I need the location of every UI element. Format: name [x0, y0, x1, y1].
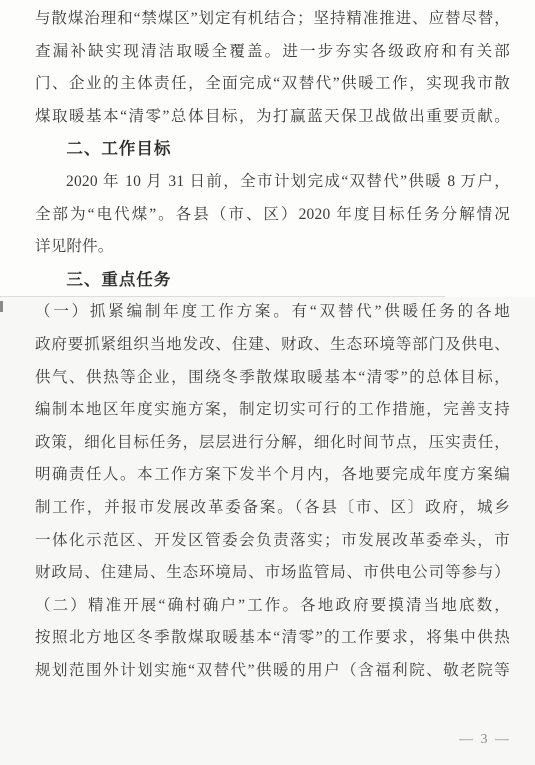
text-line: 与散煤治理和“禁煤区”划定有机结合；坚持精准推进、应替尽替， — [35, 3, 510, 36]
section-heading-work-goals: 二、工作目标 — [35, 133, 510, 166]
text-line: （一）抓紧编制年度工作方案。有“双替代”供暖任务的各地 — [35, 296, 510, 329]
text-line: 一体化示范区、开发区管委会负责落实；市发展改革委牵头，市 — [35, 525, 510, 558]
text-line: 全部为“电代煤”。各县（市、区）2020 年度目标任务分解情况 — [35, 199, 510, 232]
text-line: 政府要抓紧组织当地发改、住建、财政、生态环境等部门及供电、 — [35, 329, 510, 362]
document-body: 与散煤治理和“禁煤区”划定有机结合；坚持精准推进、应替尽替， 查漏补缺实现清洁取… — [35, 3, 510, 687]
text-line: 2020 年 10 月 31 日前，全市计划完成“双替代”供暖 8 万户， — [35, 166, 510, 199]
section-heading-key-tasks: 三、重点任务 — [35, 264, 510, 297]
document-page: 与散煤治理和“禁煤区”划定有机结合；坚持精准推进、应替尽替， 查漏补缺实现清洁取… — [0, 0, 535, 765]
text-line: 编制本地区年度实施方案，制定切实可行的工作措施，完善支持 — [35, 394, 510, 427]
scan-artifact-mark — [0, 301, 3, 312]
text-line: 详见附件。 — [35, 231, 510, 264]
text-line: 供气、供热等企业，围绕冬季散煤取暖基本“清零”的总体目标， — [35, 362, 510, 395]
text-line: （二）精准开展“确村确户”工作。各地政府要摸清当地底数， — [35, 590, 510, 623]
text-line: 规划范围外计划实施“双替代”供暖的用户（含福利院、敬老院等 — [35, 655, 510, 688]
text-line: 煤取暖基本“清零”总体目标，为打赢蓝天保卫战做出重要贡献。 — [35, 101, 510, 134]
text-line: 制工作，并报市发展改革委备案。（各县〔市、区〕政府，城乡 — [35, 492, 510, 525]
text-line: 明确责任人。本工作方案下发半个月内，各地要完成年度方案编 — [35, 459, 510, 492]
text-line: 政策，细化目标任务，层层进行分解，细化时间节点，压实责任， — [35, 427, 510, 460]
text-line: 按照北方地区冬季散煤取暖基本“清零”的工作要求，将集中供热 — [35, 622, 510, 655]
text-line: 财政局、住建局、生态环境局、市场监管局、市供电公司等参与） — [35, 557, 510, 590]
page-number: — 3 — — [459, 732, 511, 748]
text-line: 门、企业的主体责任，全面完成“双替代”供暖工作，实现我市散 — [35, 68, 510, 101]
text-line: 查漏补缺实现清洁取暖全覆盖。进一步夯实各级政府和有关部 — [35, 36, 510, 69]
